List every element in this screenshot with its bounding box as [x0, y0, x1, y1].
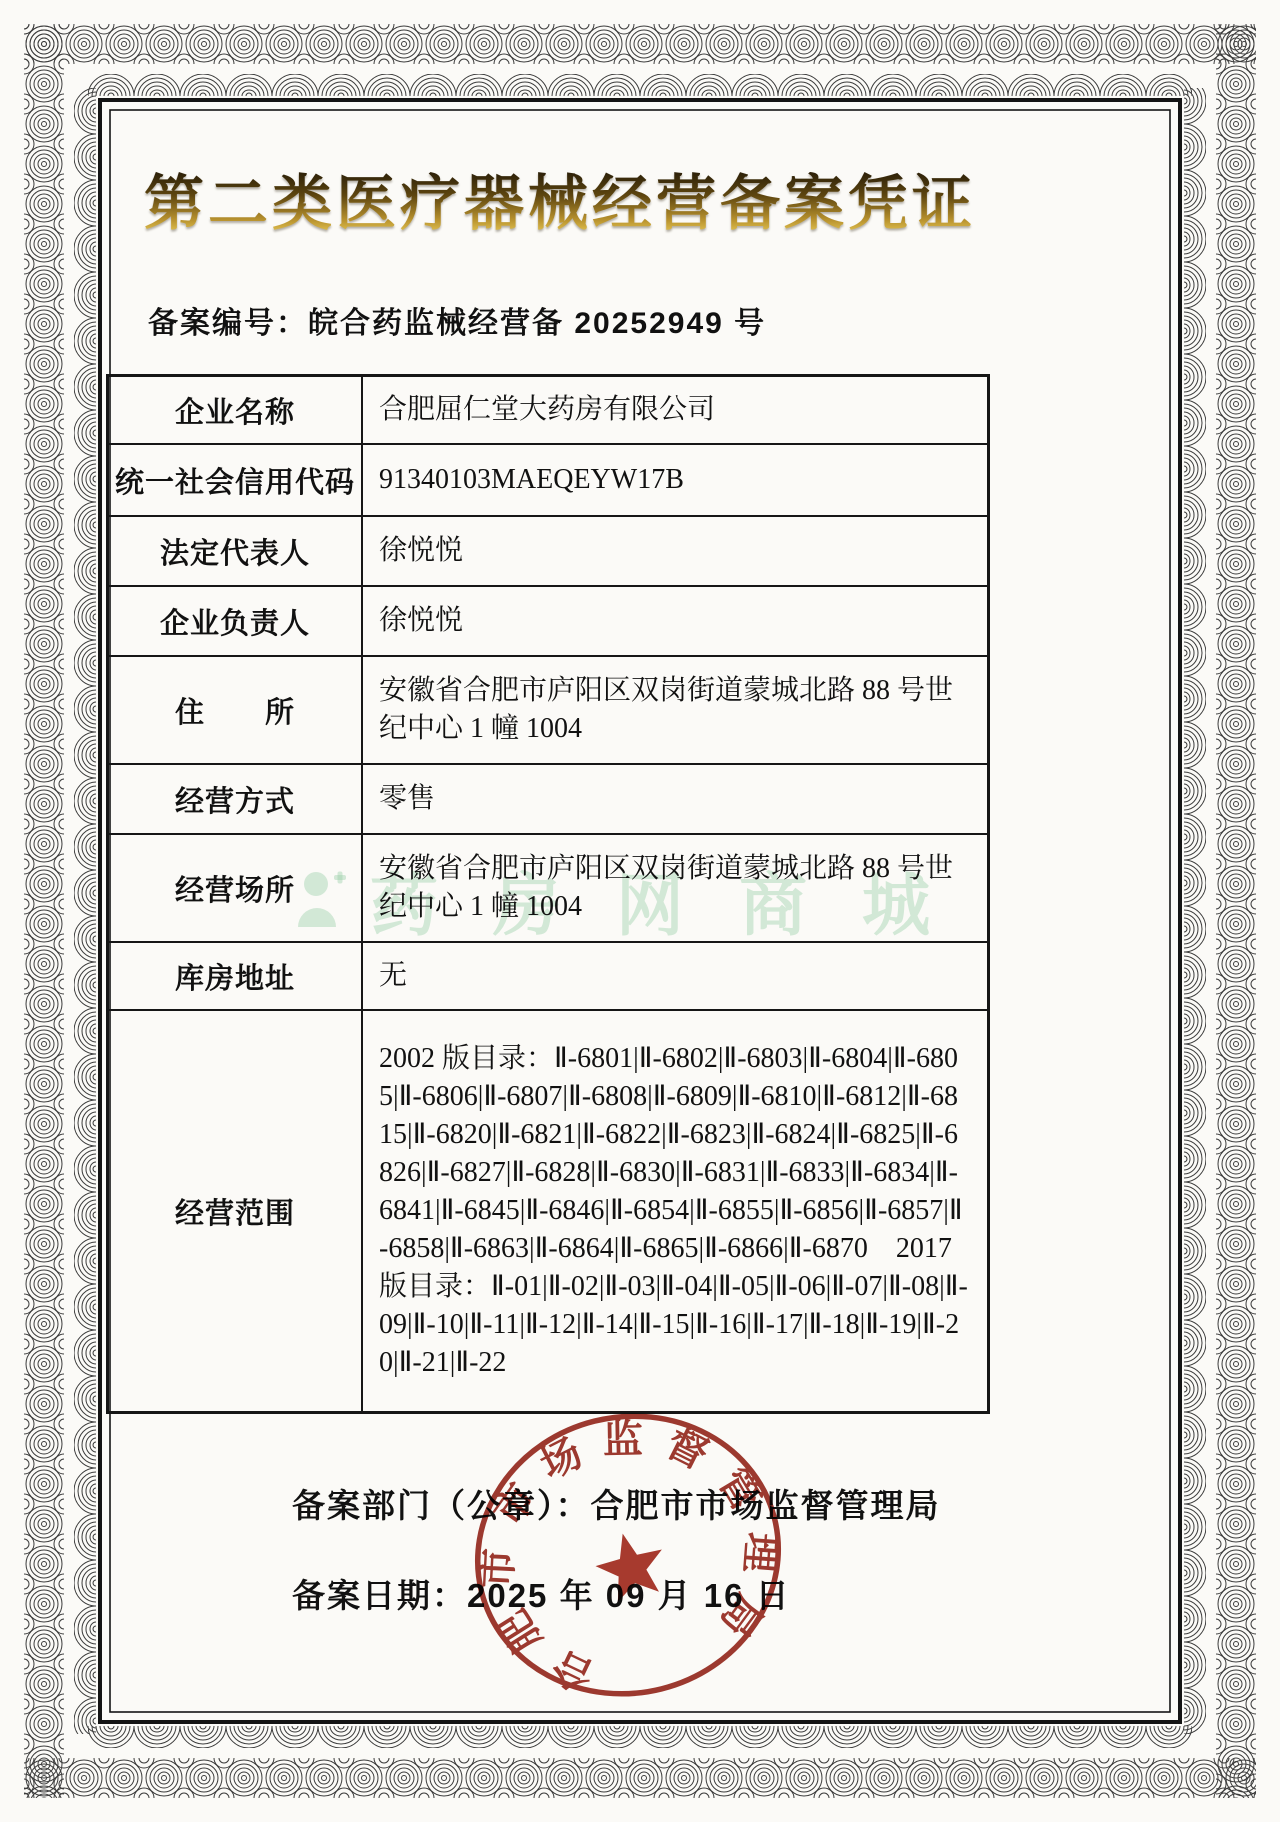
- table-row: 库房地址 无: [109, 941, 987, 1009]
- row-value: 2002 版目录：Ⅱ-6801|Ⅱ-6802|Ⅱ-6803|Ⅱ-6804|Ⅱ-6…: [363, 1011, 987, 1411]
- row-value: 91340103MAEQEYW17B: [363, 445, 987, 515]
- table-row: 住 所 安徽省合肥市庐阳区双岗街道蒙城北路 88 号世纪中心 1 幢 1004: [109, 655, 987, 763]
- row-label: 企业负责人: [109, 587, 363, 655]
- record-number-value: 皖合药监械经营备 20252949 号: [308, 307, 766, 340]
- filing-department-label: 备案部门（公章）：: [292, 1487, 591, 1524]
- row-value: 安徽省合肥市庐阳区双岗街道蒙城北路 88 号世纪中心 1 幢 1004: [363, 835, 987, 941]
- row-label: 库房地址: [109, 943, 363, 1009]
- filing-date-value: 2025 年 09 月 16 日: [467, 1577, 791, 1614]
- table-row: 企业负责人 徐悦悦: [109, 585, 987, 655]
- filing-department-line: 备案部门（公章）：合肥市市场监督管理局: [292, 1480, 941, 1527]
- row-value: 徐悦悦: [363, 517, 987, 585]
- certificate-page: 药房网商城 第二类医疗器械经营备案凭证 备案编号：皖合药监械经营备 202529…: [0, 0, 1280, 1822]
- table-row: 企业名称 合肥屈仁堂大药房有限公司: [109, 377, 987, 443]
- row-label: 统一社会信用代码: [109, 445, 363, 515]
- table-row: 经营方式 零售: [109, 763, 987, 833]
- row-label: 经营场所: [109, 835, 363, 941]
- row-value: 合肥屈仁堂大药房有限公司: [363, 377, 987, 443]
- row-value: 无: [363, 943, 987, 1009]
- certificate-table: 企业名称 合肥屈仁堂大药房有限公司 统一社会信用代码 91340103MAEQE…: [106, 374, 990, 1414]
- table-row-business-scope: 经营范围 2002 版目录：Ⅱ-6801|Ⅱ-6802|Ⅱ-6803|Ⅱ-680…: [109, 1009, 987, 1411]
- row-value: 徐悦悦: [363, 587, 987, 655]
- row-value: 安徽省合肥市庐阳区双岗街道蒙城北路 88 号世纪中心 1 幢 1004: [363, 657, 987, 763]
- filing-department-value: 合肥市市场监督管理局: [591, 1487, 941, 1524]
- record-number-line: 备案编号：皖合药监械经营备 20252949 号: [148, 298, 766, 342]
- filing-date-line: 备案日期：2025 年 09 月 16 日: [292, 1570, 791, 1617]
- record-number-label: 备案编号：: [148, 307, 308, 340]
- table-row: 经营场所 安徽省合肥市庐阳区双岗街道蒙城北路 88 号世纪中心 1 幢 1004: [109, 833, 987, 941]
- row-label: 经营范围: [109, 1011, 363, 1411]
- certificate-content: 第二类医疗器械经营备案凭证 备案编号：皖合药监械经营备 20252949 号 企…: [0, 0, 1280, 1822]
- filing-date-label: 备案日期：: [292, 1577, 467, 1614]
- row-label: 法定代表人: [109, 517, 363, 585]
- row-label: 住 所: [109, 657, 363, 763]
- certificate-title: 第二类医疗器械经营备案凭证: [70, 168, 1050, 240]
- row-label: 经营方式: [109, 765, 363, 833]
- row-value: 零售: [363, 765, 987, 833]
- table-row: 法定代表人 徐悦悦: [109, 515, 987, 585]
- row-label: 企业名称: [109, 377, 363, 443]
- table-row: 统一社会信用代码 91340103MAEQEYW17B: [109, 443, 987, 515]
